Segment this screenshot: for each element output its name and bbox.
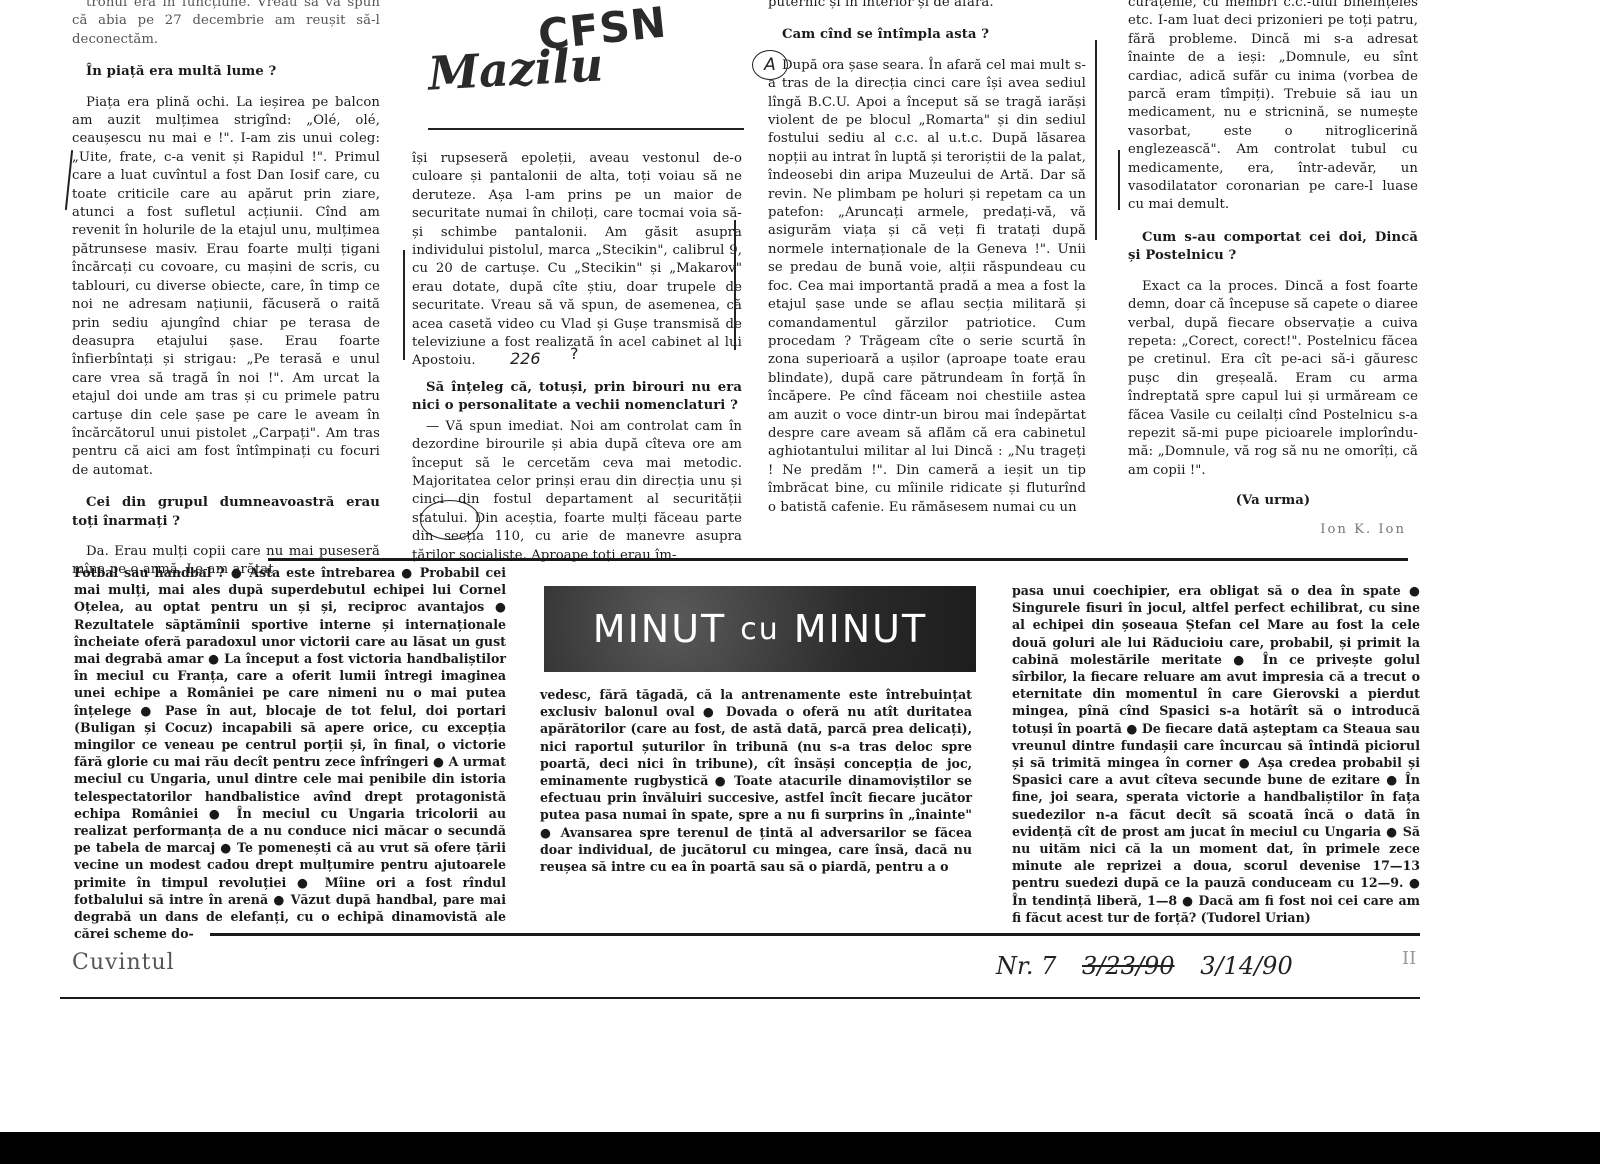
margin-mark	[734, 220, 736, 350]
margin-mark	[403, 250, 405, 360]
question-mark-annotation: ?	[570, 344, 579, 363]
sports-text: vedesc, fără tăgadă, că la antrenamente …	[540, 687, 972, 874]
handnote-date: 3/14/90	[1200, 952, 1293, 980]
minut-cu-minut-banner: MINUT cu MINUT	[544, 586, 976, 672]
column-3-top-text: puternic și în interior și de afară.	[768, 0, 1086, 12]
interview-question: Să înțeleg că, totuși, prin birouri nu e…	[412, 379, 742, 416]
sports-text: pasa unui coechipier, era obligat să o d…	[1012, 583, 1420, 925]
page-number: II	[1402, 948, 1416, 969]
number-annotation: 226	[510, 349, 541, 368]
to-be-continued: (Va urma)	[1128, 492, 1418, 510]
banner-word-middle: cu	[740, 612, 780, 647]
handwritten-title: CFSN Mazilu	[428, 4, 728, 104]
handnote-struck-date: 3/23/90	[1082, 952, 1175, 980]
article-column-4: curățenie, cu membri c.c.-ului bineînțel…	[1128, 0, 1418, 539]
interview-answer: Piața era plină ochi. La ieșirea pe balc…	[72, 94, 380, 481]
banner-word-right: MINUT	[794, 607, 927, 651]
author-byline: Ion K. Ion	[1128, 521, 1418, 539]
interview-answer: Exact ca la proces. Dincă a fost foarte …	[1128, 278, 1418, 480]
handwritten-date-note: Nr. 7 3/23/90 3/14/90	[996, 952, 1293, 980]
interview-question: Cei din grupul dumneavoastră erau toți î…	[72, 494, 380, 531]
handwritten-title-name: Mazilu	[427, 37, 605, 100]
column-1-top-text: tronul era în funcțiune. Vreau să vă spu…	[72, 0, 380, 49]
interview-question: În piață era multă lume ?	[72, 63, 380, 81]
circled-letter-annotation: A	[752, 50, 788, 80]
banner-word-left: MINUT	[593, 607, 726, 651]
article-column-3: puternic și în interior și de afară. Cam…	[768, 0, 1086, 517]
interview-question: Cam cînd se întîmpla asta ?	[768, 26, 1086, 44]
scan-border	[0, 1132, 1600, 1164]
sports-column-2: vedesc, fără tăgadă, că la antrenamente …	[540, 686, 972, 875]
column-4-top-text: curățenie, cu membri c.c.-ului bineînțel…	[1128, 0, 1418, 215]
circle-annotation	[420, 500, 480, 540]
sports-column-1: Fotbal sau handbal ? ● Asta este întreba…	[74, 564, 506, 942]
interview-answer: — Vă spun imediat. Noi am controlat cam …	[412, 418, 742, 565]
margin-mark	[1095, 40, 1097, 240]
title-rule	[428, 128, 744, 130]
interview-question: Cum s-au comportat cei doi, Dincă și Pos…	[1128, 229, 1418, 266]
article-column-1: tronul era în funcțiune. Vreau să vă spu…	[72, 0, 380, 580]
sports-text: Fotbal sau handbal ? ● Asta este întreba…	[74, 565, 506, 941]
margin-mark	[1118, 150, 1120, 210]
section-divider	[268, 558, 1408, 561]
footer-divider-bottom	[60, 997, 1420, 999]
sports-column-3: pasa unui coechipier, era obligat să o d…	[1012, 582, 1420, 926]
footer-divider-top	[210, 933, 1420, 936]
newspaper-masthead: Cuvintul	[72, 950, 175, 975]
handnote-prefix: Nr. 7	[996, 952, 1056, 980]
interview-answer: După ora șase seara. În afară cel mai mu…	[768, 57, 1086, 517]
interview-answer: își rupseseră epoleții, aveau vestonul d…	[412, 150, 742, 371]
